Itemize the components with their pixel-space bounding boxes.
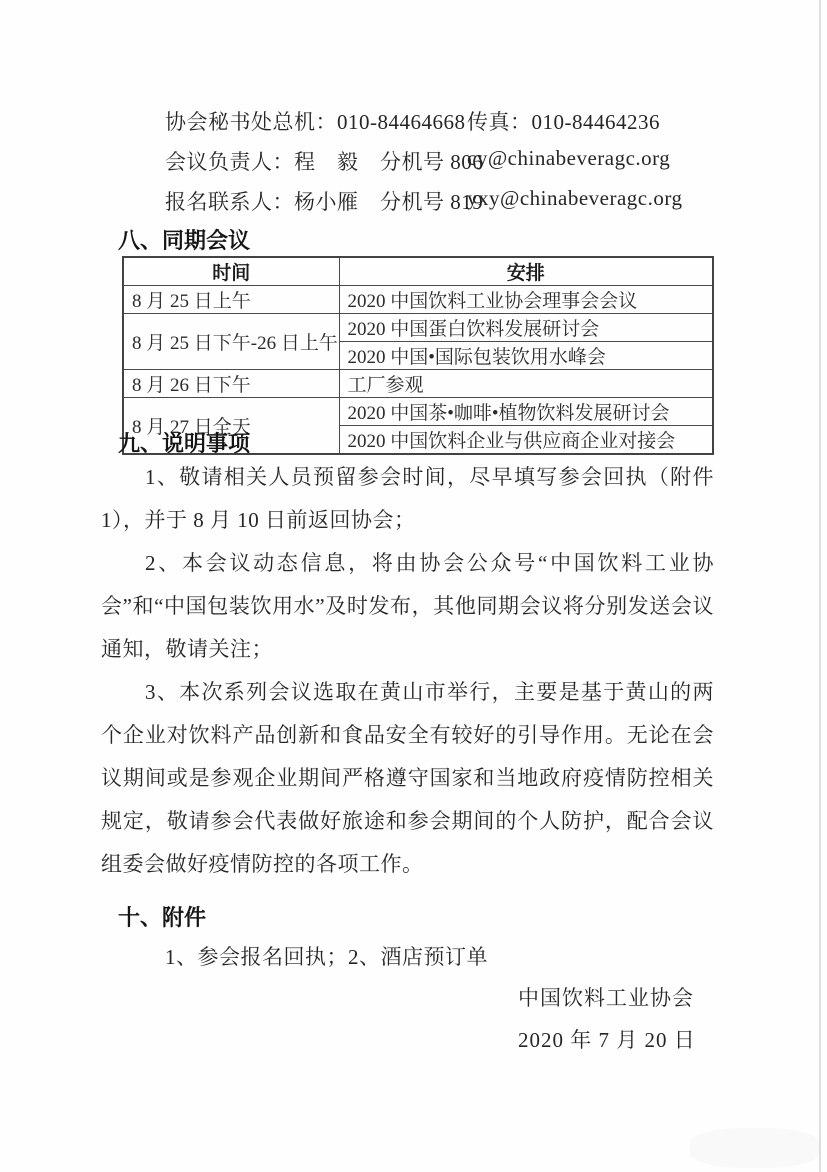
event-cell: 工厂参观 (339, 370, 713, 398)
event-cell: 2020 中国饮料工业协会理事会会议 (339, 286, 713, 314)
section-heading-concurrent-meetings: 八、同期会议 (118, 224, 250, 255)
fax-number: 传真：010-84464236 (467, 106, 660, 136)
document-page: 协会秘书处总机：010-84464668 传真：010-84464236 会议负… (0, 0, 827, 1172)
table-row: 8 月 26 日下午 工厂参观 (123, 370, 713, 398)
table-row: 8 月 27 日全天 2020 中国茶•咖啡•植物饮料发展研讨会 (123, 398, 713, 426)
note-paragraph-2: 2、本会议动态信息，将由协会公众号“中国饮料工业协会”和“中国包装饮用水”及时发… (101, 542, 714, 671)
table-row: 8 月 25 日下午-26 日上午 2020 中国蛋白饮料发展研讨会 (123, 314, 713, 342)
table-header-row: 时间 安排 (123, 257, 713, 286)
signature-org: 中国饮料工业协会 (518, 982, 696, 1024)
column-header-time: 时间 (123, 257, 339, 286)
contact-row-registration: 报名联系人：杨小雁 分机号 819 yxy@chinabeveragc.org (165, 186, 725, 226)
section-heading-notes: 九、说明事项 (118, 427, 250, 458)
signature-date: 2020 年 7 月 20 日 (518, 1024, 696, 1066)
time-cell: 8 月 25 日下午-26 日上午 (123, 314, 339, 370)
note-paragraph-1: 1、敬请相关人员预留参会时间，尽早填写参会回执（附件 1），并于 8 月 10 … (101, 456, 714, 542)
meeting-lead-email: cy@chinabeveragc.org (467, 146, 670, 171)
schedule-table: 时间 安排 8 月 25 日上午 2020 中国饮料工业协会理事会会议 8 月 … (122, 256, 714, 455)
registration-contact-info: 报名联系人：杨小雁 分机号 819 (165, 186, 483, 216)
column-header-arrangement: 安排 (339, 257, 713, 286)
event-cell: 2020 中国饮料企业与供应商企业对接会 (339, 426, 713, 455)
scan-edge-line (819, 0, 821, 1172)
event-cell: 2020 中国•国际包装饮用水峰会 (339, 342, 713, 370)
section-heading-attachments: 十、附件 (118, 901, 206, 932)
signature-block: 中国饮料工业协会 2020 年 7 月 20 日 (518, 982, 696, 1066)
switchboard-number: 协会秘书处总机：010-84464668 (165, 106, 466, 136)
contact-row-meeting-lead: 会议负责人：程 毅 分机号 806 cy@chinabeveragc.org (165, 146, 725, 186)
contact-row-switchboard: 协会秘书处总机：010-84464668 传真：010-84464236 (165, 106, 725, 146)
event-cell: 2020 中国蛋白饮料发展研讨会 (339, 314, 713, 342)
contact-info-block: 协会秘书处总机：010-84464668 传真：010-84464236 会议负… (165, 106, 725, 226)
notes-block: 1、敬请相关人员预留参会时间，尽早填写参会回执（附件 1），并于 8 月 10 … (101, 456, 714, 886)
meeting-lead-info: 会议负责人：程 毅 分机号 806 (165, 146, 483, 176)
registration-contact-email: yxy@chinabeveragc.org (467, 186, 682, 211)
scan-smudge (690, 1128, 820, 1168)
note-paragraph-3: 3、本次系列会议选取在黄山市举行，主要是基于黄山的两个企业对饮料产品创新和食品安… (101, 671, 714, 886)
attachments-list: 1、参会报名回执；2、酒店预订单 (165, 941, 488, 971)
time-cell: 8 月 25 日上午 (123, 286, 339, 314)
time-cell: 8 月 26 日下午 (123, 370, 339, 398)
table-row: 8 月 25 日上午 2020 中国饮料工业协会理事会会议 (123, 286, 713, 314)
event-cell: 2020 中国茶•咖啡•植物饮料发展研讨会 (339, 398, 713, 426)
